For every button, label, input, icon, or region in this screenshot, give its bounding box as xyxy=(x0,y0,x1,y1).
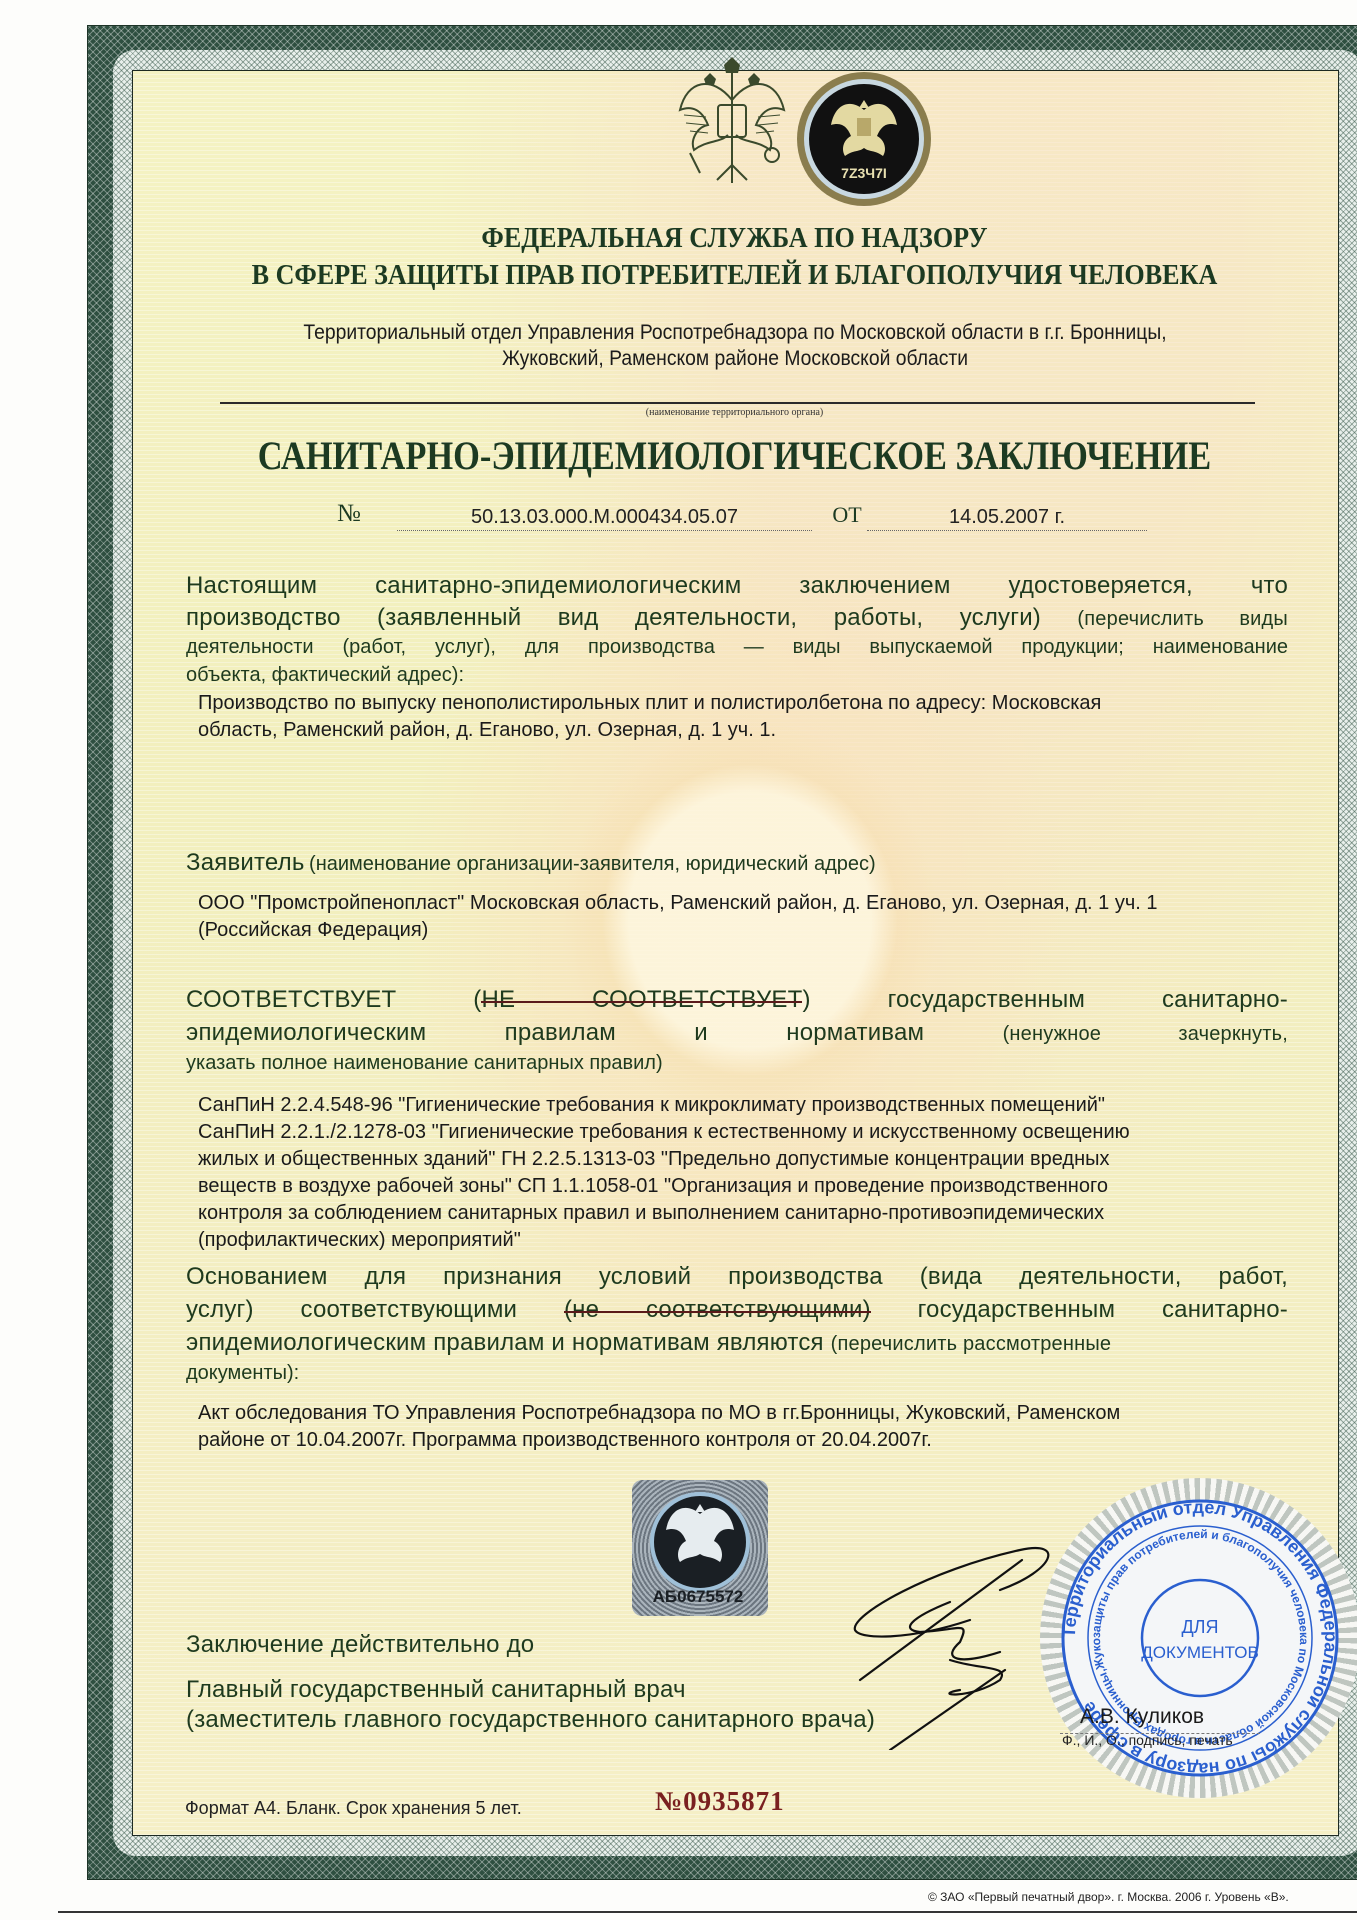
blank-format-note: Формат А4. Бланк. Срок хранения 5 лет. xyxy=(185,1798,522,1819)
basis-line3-main: эпидемиологическим правилам и нормативам… xyxy=(186,1329,824,1356)
territorial-body-caption: (наименование территориального органа) xyxy=(132,407,1337,418)
hologram-eagle-icon: АБ0675572 xyxy=(632,1480,768,1616)
struck-noncompliance: НЕ СООТВЕТСТВУЕТ xyxy=(481,986,802,1013)
handwritten-signature-icon xyxy=(850,1520,1090,1750)
basis-value-line1: Акт обследования ТО Управления Роспотреб… xyxy=(198,1400,1278,1427)
applicant-hint: (наименование организации-заявителя, юри… xyxy=(309,853,876,875)
certification-line2-hint: (перечислить виды xyxy=(1077,608,1288,630)
certification-line1: Настоящим санитарно-эпидемиологическим з… xyxy=(186,571,1288,601)
certification-line4: объекта, фактический адрес): xyxy=(186,664,1288,687)
struck-paren-close: ) xyxy=(802,986,810,1013)
page-bottom-line xyxy=(58,1911,1357,1913)
svg-text:ДЛЯ: ДЛЯ xyxy=(1181,1617,1218,1637)
svg-text:ДОКУМЕНТОВ: ДОКУМЕНТОВ xyxy=(1141,1643,1259,1662)
territorial-body-line1: Территориальный отдел Управления Роспотр… xyxy=(206,321,1264,345)
applicant-label: Заявитель xyxy=(186,849,305,876)
activity-value-line2: область, Раменский район, д. Еганово, ул… xyxy=(198,717,1278,744)
basis-line2-a: услуг) соответствующими xyxy=(186,1296,517,1323)
applicant-heading: Заявитель (наименование организации-заяв… xyxy=(186,848,1288,878)
sanitary-rule-line: жилых и общественных зданий" ГН 2.2.5.13… xyxy=(198,1146,1278,1173)
sanitary-rule-line: веществ в воздухе рабочей зоны" СП 1.1.1… xyxy=(198,1173,1278,1200)
compliance-line1-rest: государственным санитарно- xyxy=(888,986,1288,1013)
compliance-line2-main: эпидемиологическим правилам и нормативам xyxy=(186,1019,924,1046)
basis-line1: Основанием для признания условий произво… xyxy=(186,1262,1288,1292)
sanitary-rule-line: СанПиН 2.2.1./2.1278-03 "Гигиенические т… xyxy=(198,1119,1278,1146)
blank-serial-number: №0935871 xyxy=(655,1786,785,1817)
svg-text:АБ0675572: АБ0675572 xyxy=(653,1587,744,1606)
sanitary-rules-list: СанПиН 2.2.4.548-96 "Гигиенические требо… xyxy=(198,1092,1278,1254)
sanitary-rule-line: СанПиН 2.2.4.548-96 "Гигиенические требо… xyxy=(198,1092,1278,1119)
signatory-caption: Ф., И., О., подпись, печать xyxy=(1062,1732,1233,1748)
compliance-line2: эпидемиологическим правилам и нормативам… xyxy=(186,1018,1288,1049)
compliance-line3: указать полное наименование санитарных п… xyxy=(186,1052,1288,1075)
compliance-line2-hint: (ненужное зачеркнуть, xyxy=(1003,1023,1288,1045)
compliance-line1: СООТВЕТСТВУЕТ (НЕ СООТВЕТСТВУЕТ) государ… xyxy=(186,985,1288,1015)
agency-name-line2: В СФЕРЕ ЗАЩИТЫ ПРАВ ПОТРЕБИТЕЛЕЙ И БЛАГО… xyxy=(192,259,1277,292)
agency-name-line1: ФЕДЕРАЛЬНАЯ СЛУЖБА ПО НАДЗОРУ xyxy=(192,222,1277,255)
territorial-body-line2: Жуковский, Раменском районе Московской о… xyxy=(206,347,1264,371)
basis-line4: документы): xyxy=(186,1362,1288,1385)
certification-line2-main: производство (заявленный вид деятельност… xyxy=(186,604,1041,631)
document-title: САНИТАРНО-ЭПИДЕМИОЛОГИЧЕСКОЕ ЗАКЛЮЧЕНИЕ xyxy=(216,432,1252,479)
compliance-status: СООТВЕТСТВУЕТ xyxy=(186,986,396,1013)
document-date: 14.05.2007 г. xyxy=(867,506,1147,531)
basis-line2-b: государственным санитарно- xyxy=(918,1296,1288,1323)
document-number: 50.13.03.000.М.000434.05.07 xyxy=(397,506,812,531)
sanitary-rule-line: контроля за соблюдением санитарных прави… xyxy=(198,1200,1278,1227)
printer-copyright: © ЗАО «Первый печатный двор». г. Москва.… xyxy=(928,1890,1289,1904)
signatory-name: А.В. Куликов xyxy=(1080,1705,1204,1729)
number-sign: № xyxy=(337,500,361,528)
applicant-value-line2: (Российская Федерация) xyxy=(198,917,1278,944)
validity-value xyxy=(560,1630,810,1660)
struck-not-compliant: (не соответствующими) xyxy=(564,1296,871,1323)
basis-line2: услуг) соответствующими (не соответствую… xyxy=(186,1295,1288,1325)
sanitary-rule-line: (профилактических) мероприятий" xyxy=(198,1227,1278,1254)
russian-coat-of-arms-icon xyxy=(672,55,792,185)
territorial-body-underline xyxy=(220,402,1255,404)
basis-line3-hint: (перечислить рассмотренные xyxy=(831,1333,1112,1355)
hologram-seal-icon: 7Z3Ч7I xyxy=(795,70,933,208)
activity-value-line1: Производство по выпуску пенополистирольн… xyxy=(198,690,1278,717)
certification-line2: производство (заявленный вид деятельност… xyxy=(186,603,1288,634)
svg-text:7Z3Ч7I: 7Z3Ч7I xyxy=(841,165,887,181)
applicant-value-line1: ООО "Промстройпенопласт" Московская обла… xyxy=(198,890,1278,917)
basis-line3: эпидемиологическим правилам и нормативам… xyxy=(186,1328,1288,1359)
certification-line3: деятельности (работ, услуг), для произво… xyxy=(186,636,1288,659)
basis-value-line2: районе от 10.04.2007г. Программа произво… xyxy=(198,1427,1278,1454)
